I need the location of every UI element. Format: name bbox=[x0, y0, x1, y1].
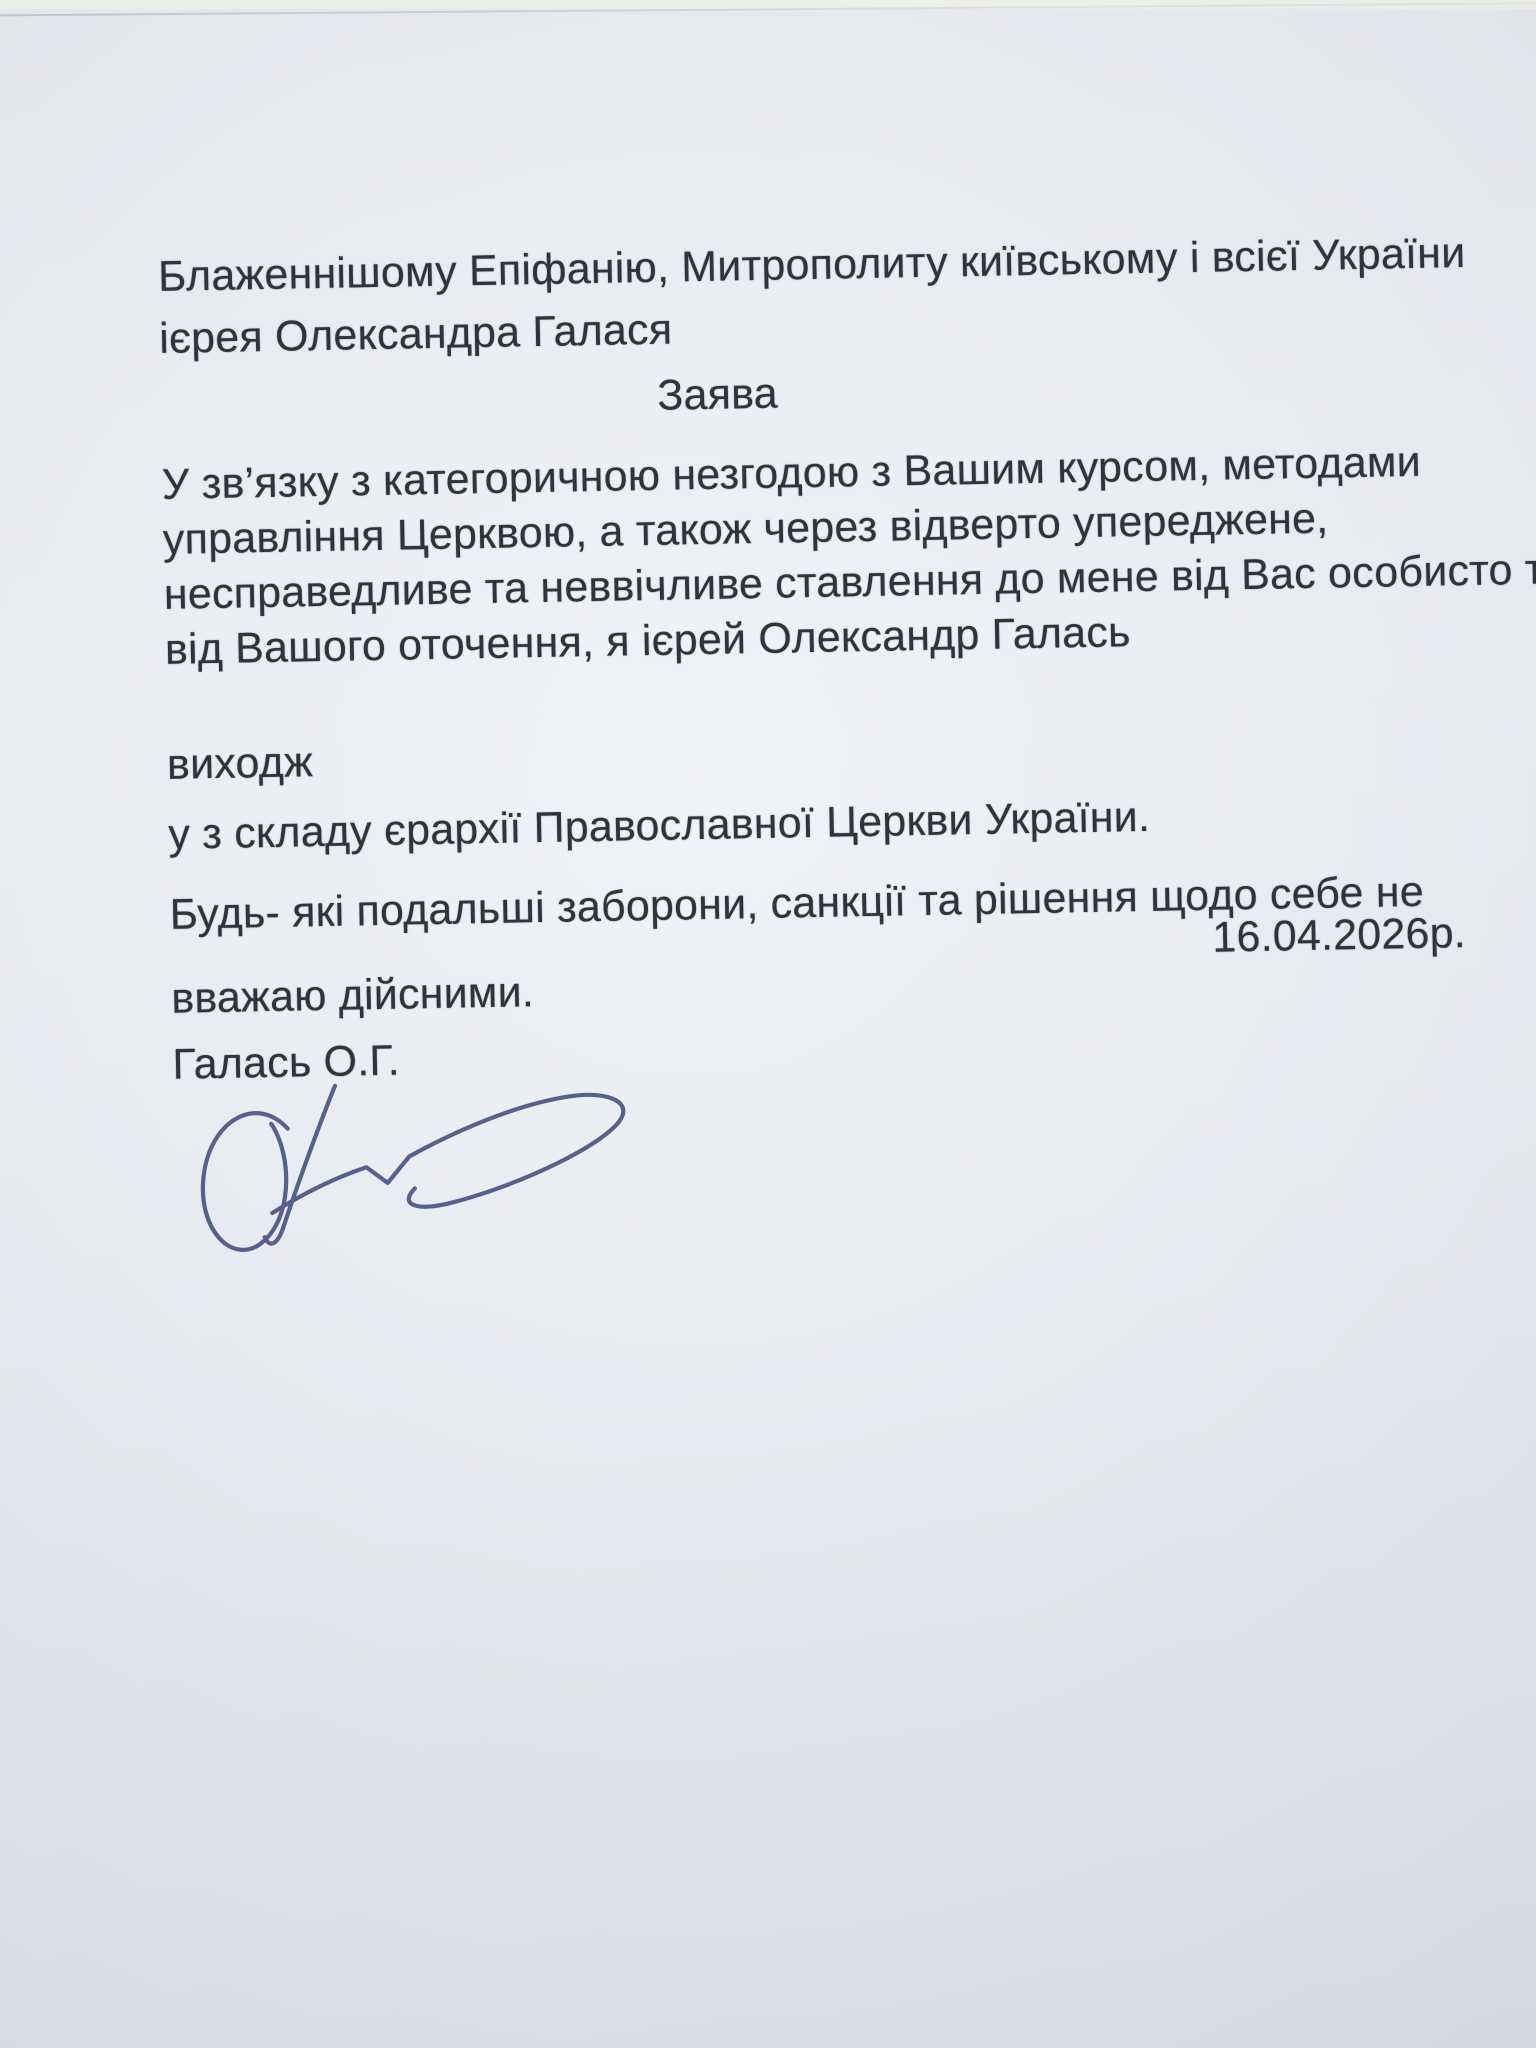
document-title: Заява bbox=[657, 370, 778, 421]
recipient-line-2: ієрея Олександра Галася bbox=[159, 306, 673, 364]
document-date: 16.04.2026р. bbox=[1212, 909, 1466, 963]
signature-strokes bbox=[175, 1072, 679, 1301]
recipient-line-1: Блаженнішому Епіфанію, Митрополиту київс… bbox=[158, 229, 1466, 302]
action-word-line: виходж bbox=[167, 738, 314, 790]
closing-line-2: вважаю дійсними. bbox=[171, 968, 534, 1024]
handwritten-signature-icon bbox=[175, 1072, 679, 1301]
document-photo: Блаженнішому Епіфанію, Митрополиту київс… bbox=[0, 0, 1536, 2048]
statement-document: Блаженнішому Епіфанію, Митрополиту київс… bbox=[153, 0, 1510, 2048]
withdrawal-line: у з складу єрархії Православної Церкви У… bbox=[168, 793, 1151, 860]
body-paragraph-line-4: від Вашого оточення, я ієрей Олександр Г… bbox=[164, 608, 1131, 675]
